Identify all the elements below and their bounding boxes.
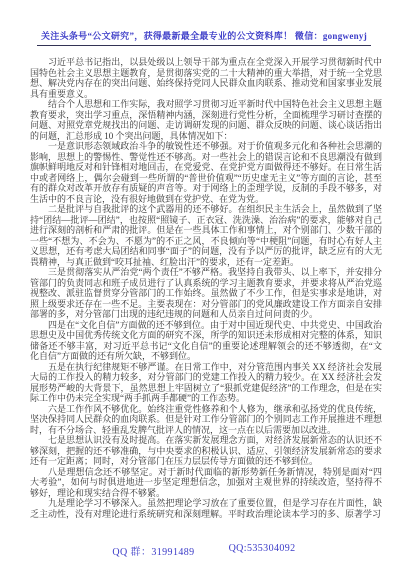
header-notice-text: 关注头条号“公文研究”，获得最新最全最专业的公文资料库！ 微信：gongweny… [37,29,371,46]
footer-banner: QQ 群：31991489 QQ:535304092 [0,543,408,558]
paragraph: 七是思想认识没有及时提高。在落实新发展理念方面，对经济发展新常态的认识还不够深刻… [30,435,382,467]
qq-text: QQ:535304092 [229,543,296,558]
paragraph: 一是意识形态领域政治斗争的敏锐性还不够强。对于价值观多元化和各种社会思潮的影响，… [30,141,382,204]
paragraph: 六是工作作风不够优化。始终注重党性修养和个人修为，继承和弘扬党的优良传统，坚决保… [30,404,382,436]
document-page: 关注头条号“公文研究”，获得最新最全最专业的公文资料库！ 微信：gongweny… [0,0,408,580]
paragraph: 习近平总书记指出，以县处级以上领导干部为重点在全党深入开展学习贯彻新时代中国特色… [30,57,382,99]
paragraph: 九是理论学习不够深入。虽然把理论学习放在了重要位置，但是学习存在片面性，缺乏主动… [30,498,382,519]
paragraph: 二是批评与自我批评的这个武器用的还不够好。在组织民主生活会上，虽然做到了坚持“团… [30,204,382,267]
paragraph: 八是理想信念还不够坚定。对于新时代面临的新形势新任务新情况，特别是面对“四大考验… [30,467,382,499]
document-body: 习近平总书记指出，以县处级以上领导干部为重点在全党深入开展学习贯彻新时代中国特色… [30,57,382,519]
header-banner: 关注头条号“公文研究”，获得最新最全最专业的公文资料库！ 微信：gongweny… [0,26,408,46]
paragraph: 三是贯彻落实从严治党“两个责任”不够严格。我坚持自我带头、以上率下，并安排分管部… [30,267,382,320]
paragraph: 结合个人思想和工作实际，我对照学习贯彻习近平新时代中国特色社会主义思想主题教育要… [30,99,382,141]
qq-group-text: QQ 群：31991489 [112,543,194,558]
paragraph: 四是在“文化自信”方面做的还不够到位。由于对中国近现代史、中共党史、中国政治思想… [30,320,382,362]
paragraph: 五是在执行纪律规矩不够严谨。在日常工作中，对分管范围内事关 XX 经济社会发展大… [30,362,382,404]
